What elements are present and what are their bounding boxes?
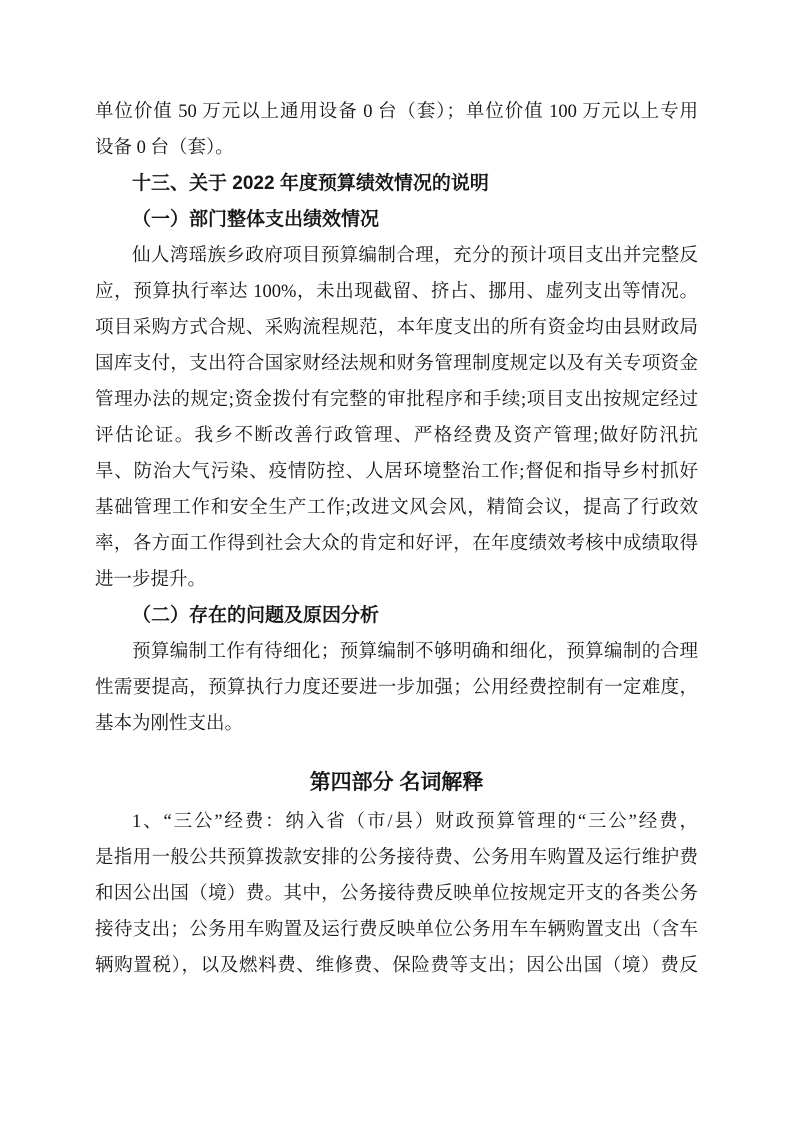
part-title: 第四部分 名词解释 <box>95 762 698 804</box>
chapter-heading: 十三、关于 2022 年度预算绩效情况的说明 <box>95 166 698 202</box>
paragraph-line: 是指用一般公共预算拨款安排的公务接待费、公务用车购置及运行维护费 <box>95 840 698 876</box>
document-page: 单位价值 50 万元以上通用设备 0 台（套）；单位价值 100 万元以上专用设… <box>0 0 793 1122</box>
document-content: 单位价值 50 万元以上通用设备 0 台（套）；单位价值 100 万元以上专用设… <box>95 94 698 984</box>
section-heading: （二）存在的问题及原因分析 <box>95 598 698 634</box>
paragraph-line: 应，预算执行率达 100%，未出现截留、挤占、挪用、虚列支出等情况。 <box>95 274 698 310</box>
paragraph-line: 管理办法的规定;资金拨付有完整的审批程序和手续;项目支出按规定经过 <box>95 382 698 418</box>
paragraph-line: 单位价值 50 万元以上通用设备 0 台（套）；单位价值 100 万元以上专用 <box>95 94 698 130</box>
paragraph-line: 旱、防治大气污染、疫情防控、人居环境整治工作;督促和指导乡村抓好 <box>95 454 698 490</box>
section-heading: （一）部门整体支出绩效情况 <box>95 202 698 238</box>
paragraph-line: 项目采购方式合规、采购流程规范，本年度支出的所有资金均由县财政局 <box>95 310 698 346</box>
paragraph-line: 1、“三公”经费：纳入省（市/县）财政预算管理的“三公”经费， <box>95 804 698 840</box>
paragraph-line: 率，各方面工作得到社会大众的肯定和好评，在年度绩效考核中成绩取得 <box>95 526 698 562</box>
paragraph-line: 辆购置税），以及燃料费、维修费、保险费等支出；因公出国（境）费反 <box>95 948 698 984</box>
paragraph-line: 性需要提高，预算执行力度还要进一步加强；公用经费控制有一定难度， <box>95 670 698 706</box>
paragraph-line: 仙人湾瑶族乡政府项目预算编制合理，充分的预计项目支出并完整反 <box>95 238 698 274</box>
paragraph-line: 设备 0 台（套）。 <box>95 130 698 166</box>
paragraph-line: 接待支出；公务用车购置及运行费反映单位公务用车车辆购置支出（含车 <box>95 912 698 948</box>
paragraph-line: 和因公出国（境）费。其中，公务接待费反映单位按规定开支的各类公务 <box>95 876 698 912</box>
paragraph-line: 评估论证。我乡不断改善行政管理、严格经费及资产管理;做好防汛抗 <box>95 418 698 454</box>
paragraph-line: 进一步提升。 <box>95 562 698 598</box>
paragraph-line: 基础管理工作和安全生产工作;改进文风会风，精简会议，提高了行政效 <box>95 490 698 526</box>
paragraph-line: 预算编制工作有待细化；预算编制不够明确和细化，预算编制的合理 <box>95 634 698 670</box>
paragraph-line: 国库支付，支出符合国家财经法规和财务管理制度规定以及有关专项资金 <box>95 346 698 382</box>
line-spacer <box>95 742 698 762</box>
paragraph-line: 基本为刚性支出。 <box>95 706 698 742</box>
